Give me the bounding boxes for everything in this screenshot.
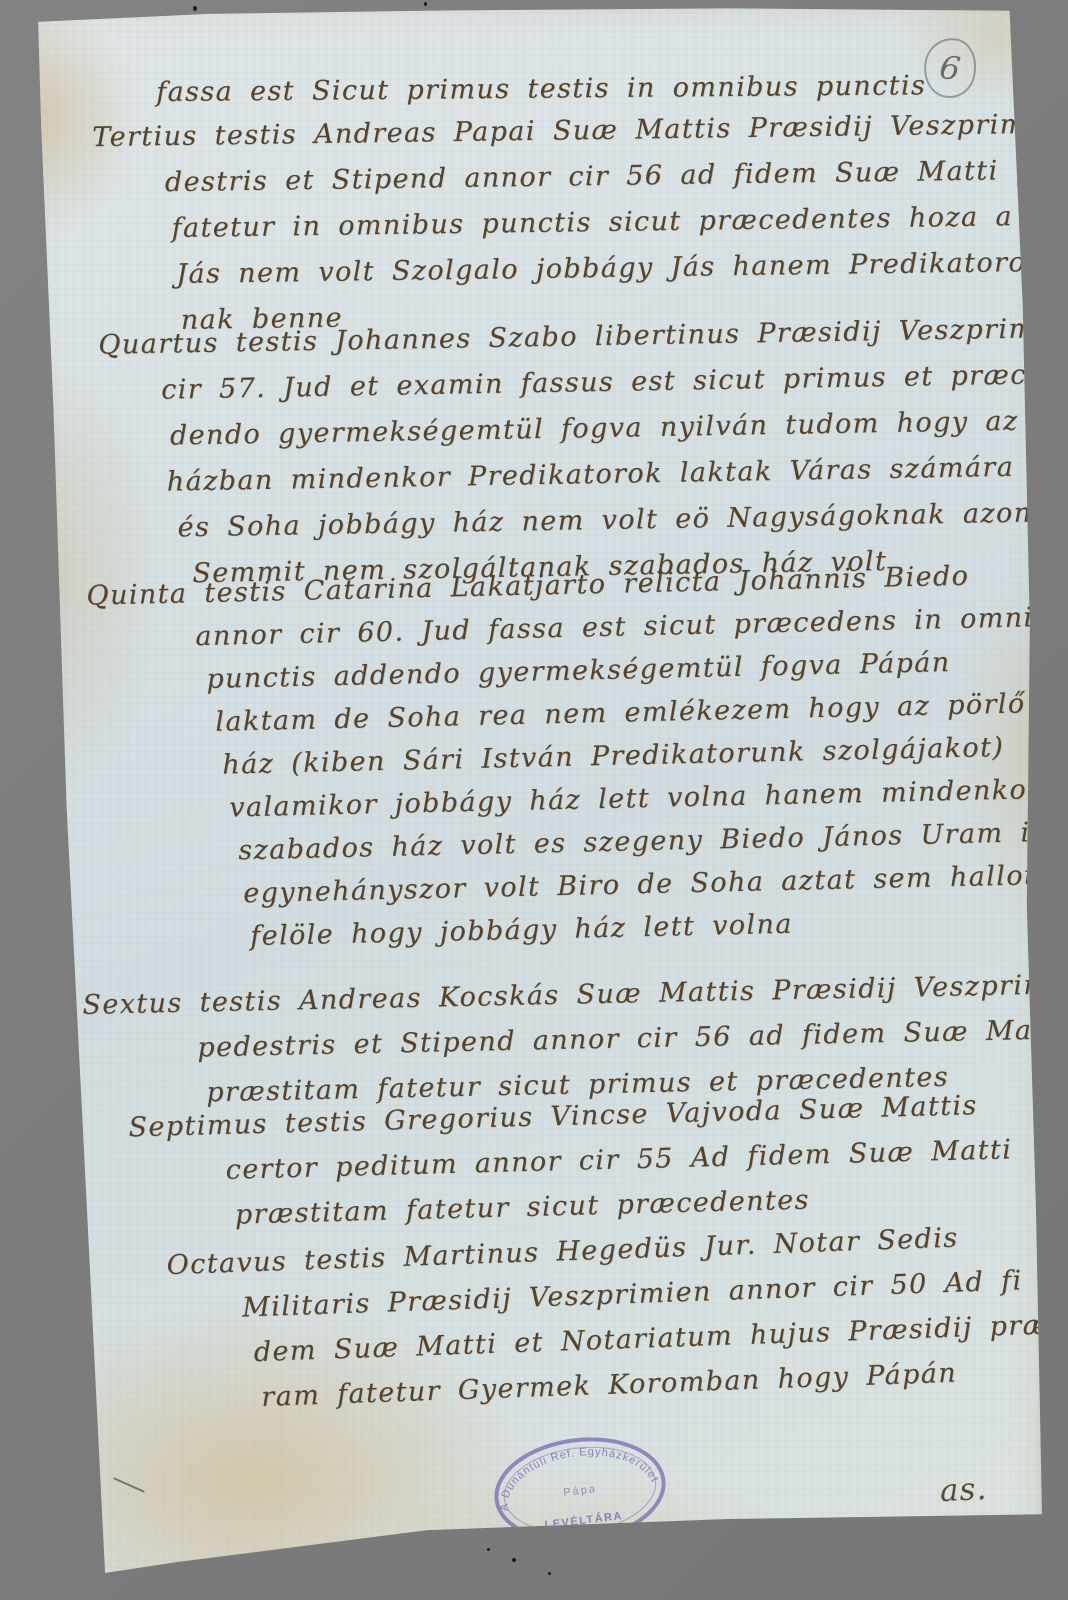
ink-speck [193, 6, 197, 11]
stamp-center-text: Pápa [563, 1483, 598, 1499]
scanner-bed: fassa est Sicut primus testis in omnibus… [0, 0, 1068, 1600]
archive-stamp-graphic: A Dunántúli Ref. Egyházkerület Pápa LEVÉ… [486, 1424, 674, 1557]
page-number-value: 6 [937, 48, 962, 88]
ink-speck [424, 2, 427, 6]
archive-stamp: A Dunántúli Ref. Egyházkerület Pápa LEVÉ… [486, 1424, 674, 1557]
stamp-bottom-text: LEVÉLTÁRA [544, 1509, 624, 1531]
ink-speck [487, 1548, 490, 1551]
edge-mark [113, 1477, 145, 1493]
ink-speck [512, 1558, 516, 1562]
manuscript-page: fassa est Sicut primus testis in omnibus… [28, 6, 1042, 1592]
handwritten-paragraph: Quinta testis Catarina Lakatjarto relict… [28, 553, 1037, 963]
ink-speck [548, 1572, 551, 1575]
catchword: as. [939, 1471, 988, 1509]
handwritten-paragraph: Octavus testis Martinus Hegedüs Jur. Not… [28, 1213, 1034, 1428]
